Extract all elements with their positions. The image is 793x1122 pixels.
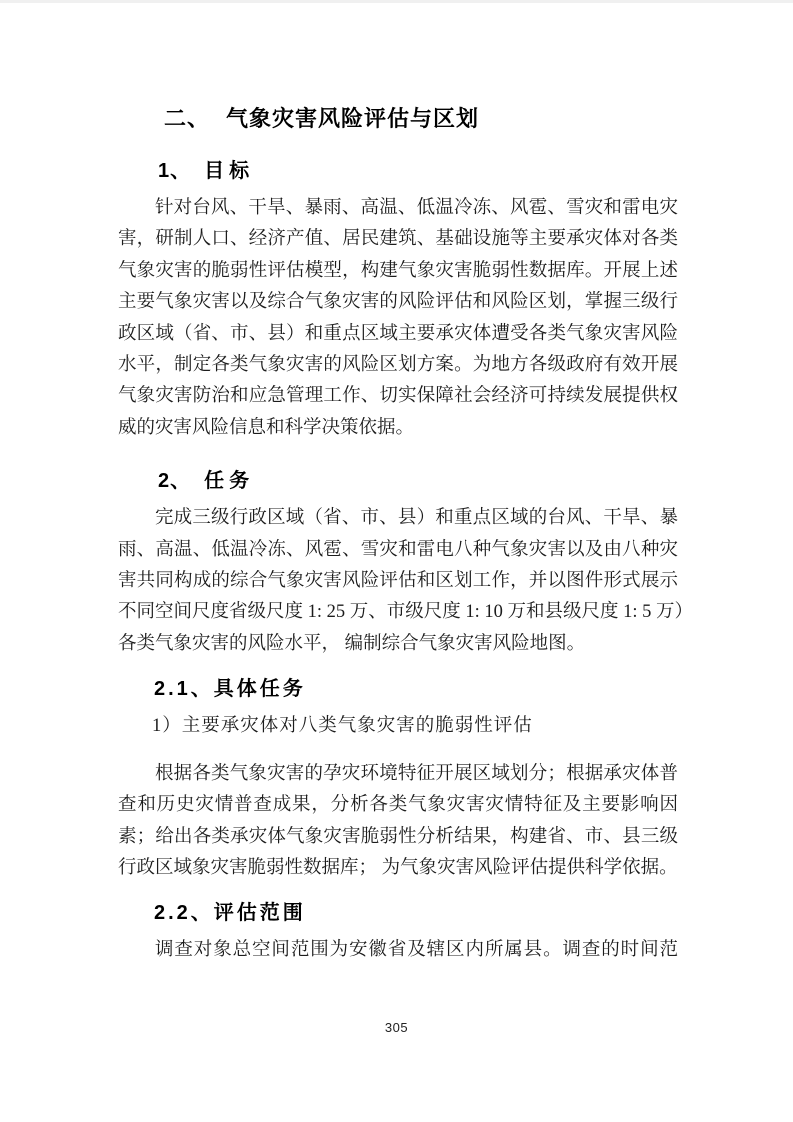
body-line: 威的灾害风险信息和科学决策依据。 [118, 413, 678, 444]
body-line: 各类气象灾害的风险水平， 编制综合气象灾害风险地图。 [118, 629, 678, 660]
body-paragraph: 调查对象总空间范围为安徽省及辖区内所属县。调查的时间范 [118, 935, 678, 966]
body-paragraph: 根据各类气象灾害的孕灾环境特征开展区域划分；根据承灾体普查和历史灾情普查成果，分… [118, 759, 678, 885]
body-line: 不同空间尺度省级尺度 1: 25 万、市级尺度 1: 10 万和县级尺度 1: … [118, 597, 678, 628]
section-heading-number: 2、 [158, 470, 191, 492]
body-paragraph: 针对台风、干旱、暴雨、高温、低温冷冻、风雹、雪灾和雷电灾害，研制人口、经济产值、… [118, 193, 678, 444]
section-heading-text: 任务 [204, 470, 254, 492]
document-title: 二、气象灾害风险评估与区划 [164, 104, 678, 134]
body-line: 调查对象总空间范围为安徽省及辖区内所属县。调查的时间范 [118, 935, 678, 966]
body-line: 水平，制定各类气象灾害的风险区划方案。为地方各级政府有效开展 [118, 350, 678, 381]
body-line: 气象灾害防治和应急管理工作、切实保障社会经济可持续发展提供权 [118, 381, 678, 412]
body-line: 针对台风、干旱、暴雨、高温、低温冷冻、风雹、雪灾和雷电灾 [118, 193, 678, 224]
body-line: 查和历史灾情普查成果，分析各类气象灾害灾情特征及主要影响因 [118, 790, 678, 821]
body-line: 雨、高温、低温冷冻、风雹、雪灾和雷电八种气象灾害以及由八种灾 [118, 535, 678, 566]
document-title-number: 二、 [164, 106, 210, 131]
page-top-edge [0, 0, 793, 3]
body-line: 政区域（省、市、县）和重点区域主要承灾体遭受各类气象灾害风险 [118, 319, 678, 350]
document-page: 二、气象灾害风险评估与区划 1、目标针对台风、干旱、暴雨、高温、低温冷冻、风雹、… [0, 0, 793, 1122]
body-line: 害，研制人口、经济产值、居民建筑、基础设施等主要承灾体对各类 [118, 224, 678, 255]
body-line: 主要气象灾害以及综合气象灾害的风险评估和风险区划，掌握三级行 [118, 287, 678, 318]
body-paragraph: 完成三级行政区域（省、市、县）和重点区域的台风、干旱、暴雨、高温、低温冷冻、风雹… [118, 503, 678, 660]
subsection-heading: 2.2、评估范围 [154, 900, 678, 926]
document-title-text: 气象灾害风险评估与区划 [226, 106, 479, 131]
page-number: 305 [0, 1020, 793, 1035]
body-line: 根据各类气象灾害的孕灾环境特征开展区域划分；根据承灾体普 [118, 759, 678, 790]
section-heading: 2、任务 [158, 468, 678, 494]
body-line: 完成三级行政区域（省、市、县）和重点区域的台风、干旱、暴 [118, 503, 678, 534]
body-line: 害共同构成的综合气象灾害风险评估和区划工作，并以图件形式展示 [118, 566, 678, 597]
body-line: 素；给出各类承灾体气象灾害脆弱性分析结果，构建省、市、县三级 [118, 822, 678, 853]
list-item-heading: 1）主要承灾体对八类气象灾害的脆弱性评估 [152, 711, 678, 742]
document-body: 1、目标针对台风、干旱、暴雨、高温、低温冷冻、风雹、雪灾和雷电灾害，研制人口、经… [118, 158, 678, 967]
body-line: 行政区域象灾害脆弱性数据库； 为气象灾害风险评估提供科学依据。 [118, 853, 678, 884]
subsection-heading: 2.1、具体任务 [154, 676, 678, 702]
section-heading: 1、目标 [158, 158, 678, 184]
body-line: 气象灾害的脆弱性评估模型，构建气象灾害脆弱性数据库。开展上述 [118, 256, 678, 287]
section-heading-number: 1、 [158, 160, 191, 182]
section-heading-text: 目标 [204, 160, 254, 182]
